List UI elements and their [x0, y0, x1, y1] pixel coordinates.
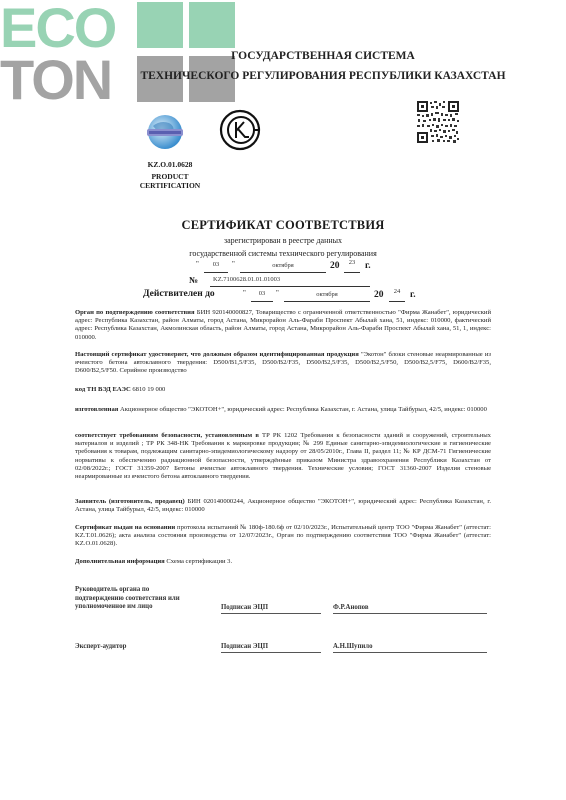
section-conformity-text: ТР РК 1202 Требования к безопасности зда… [75, 432, 491, 480]
section-code-label: код ТН ВЭД ЕАЭС [75, 386, 131, 393]
valid-until-label: Действителен до [143, 289, 215, 299]
section-code-text: 6810 19 000 [131, 386, 166, 393]
section-manufacturer-text: Акционерное общество "ЭКОТОН+", юридичес… [118, 406, 487, 413]
certificate-title: СЕРТИФИКАТ СООТВЕТСТВИЯ [0, 218, 566, 233]
signature-status: Подписан ЭЦП [221, 604, 268, 613]
section-organ: Орган по подтверждению соответствия БИН … [75, 309, 491, 342]
reg-date-year: 23 [344, 259, 360, 266]
reg-date-day: 03 [204, 261, 228, 268]
logo-square [189, 2, 235, 48]
logo-square [137, 2, 183, 48]
qr-code-icon[interactable] [416, 100, 460, 144]
certificate-number-label: № [189, 275, 198, 285]
signature-role: Эксперт-аудитор [75, 643, 126, 652]
section-organ-label: Орган по подтверждению соответствия [75, 309, 195, 316]
section-additional: Дополнительная информация Схема сертифик… [75, 558, 491, 566]
section-conformity: соответствует требованиям безопасности, … [75, 432, 491, 481]
section-manufacturer: изготовленная Акционерное общество "ЭКОТ… [75, 406, 491, 414]
signature-status: Подписан ЭЦП [221, 643, 268, 652]
valid-date-year: 24 [389, 288, 405, 295]
valid-date-day: 03 [251, 290, 273, 297]
reg-date-suffix: г. [365, 261, 371, 271]
signature-role-line: уполномоченное им лицо [75, 603, 205, 612]
valid-date-suffix: г. [410, 290, 416, 300]
reg-date-open-quote: " [196, 260, 199, 268]
globe-emblem-icon [145, 112, 185, 152]
signature-line [221, 613, 321, 614]
valid-date-open-quote: " [243, 289, 246, 297]
header-line-2: ТЕХНИЧЕСКОГО РЕГУЛИРОВАНИЯ РЕСПУБЛИКИ КА… [40, 70, 566, 82]
section-basis: Сертификат выдан на основании протокола … [75, 524, 491, 549]
signature-line [333, 652, 487, 653]
section-basis-label: Сертификат выдан на основании [75, 524, 175, 531]
valid-date-close-quote: " [276, 289, 279, 297]
section-conformity-label: соответствует требованиям безопасности, … [75, 432, 259, 439]
signature-name: Ф.Р.Анопов [333, 604, 369, 613]
signature-line [333, 613, 487, 614]
valid-date-century: 20 [374, 290, 384, 300]
certificate-number: KZ.7100628.01.01.01003 [213, 276, 280, 283]
kt-circle-mark-icon [218, 108, 262, 152]
accreditation-label-1: PRODUCT [120, 172, 220, 181]
signature-role: Руководитель органа по подтверждению соо… [75, 586, 205, 612]
section-manufacturer-label: изготовленная [75, 406, 118, 413]
section-applicant: Заявитель (изготовитель, продавец) БИН 0… [75, 498, 491, 514]
certificate-subtitle-2: государственной системы технического рег… [0, 249, 566, 258]
reg-date-close-quote: " [232, 260, 235, 268]
valid-date-month: октября [284, 291, 370, 298]
section-product: Настоящий сертификат удостоверяет, что д… [75, 351, 491, 376]
reg-date-month: октября [240, 262, 326, 269]
certificate-subtitle-1: зарегистрирован в реестре данных [0, 236, 566, 245]
accreditation-code: KZ.O.01.0628 [120, 160, 220, 169]
accreditation-label-2: CERTIFICATION [120, 181, 220, 190]
signature-role-line: подтверждению соответствия или [75, 595, 205, 604]
signature-line [221, 652, 321, 653]
section-code: код ТН ВЭД ЕАЭС 6810 19 000 [75, 386, 491, 394]
section-applicant-label: Заявитель (изготовитель, продавец) [75, 498, 185, 505]
section-additional-label: Дополнительная информация [75, 558, 165, 565]
signature-role-line: Руководитель органа по [75, 586, 205, 595]
section-additional-text: Схема сертификации 3. [165, 558, 232, 565]
section-product-label: Настоящий сертификат удостоверяет, что д… [75, 351, 359, 358]
signature-name: А.Н.Шупило [333, 643, 373, 652]
header-line-1: ГОСУДАРСТВЕННАЯ СИСТЕМА [40, 50, 566, 62]
reg-date-century: 20 [330, 261, 340, 271]
